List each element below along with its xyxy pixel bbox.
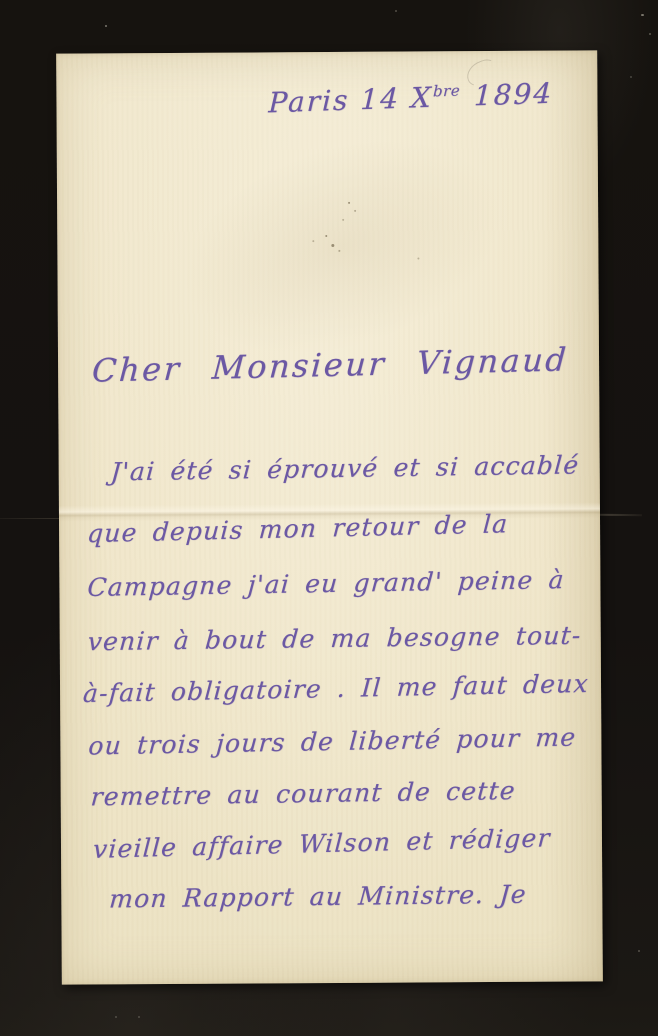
- dust-speck: [641, 14, 644, 16]
- ink-speck: [331, 244, 334, 247]
- body-line-5: à-fait obligatoire . Il me faut deux: [82, 669, 590, 708]
- dust-speck: [649, 33, 651, 35]
- backdrop-crease: [0, 518, 60, 519]
- dust-speck: [138, 1016, 140, 1018]
- body-line-7: remettre au courant de cette: [90, 776, 517, 811]
- body-line-1: J'ai été si éprouvé et si accablé: [110, 450, 581, 486]
- dateline-month-superscript: bre: [433, 81, 461, 100]
- ink-speck: [417, 257, 419, 259]
- ink-speck: [312, 240, 314, 242]
- ink-speck: [348, 202, 350, 204]
- body-line-9: mon Rapport au Ministre. Je: [108, 880, 528, 914]
- body-line-8: vieille affaire Wilson et rédiger: [92, 823, 551, 864]
- ink-speck: [338, 250, 340, 252]
- backdrop-scratch: [596, 514, 642, 516]
- body-line-6: ou trois jours de liberté pour me: [87, 722, 577, 760]
- ink-speck: [354, 210, 356, 212]
- body-line-4: venir à bout de ma besogne tout-: [87, 621, 583, 656]
- ink-speck: [342, 219, 344, 221]
- dust-speck: [115, 1016, 117, 1018]
- dust-speck: [105, 25, 107, 27]
- salutation: Cher Monsieur Vignaud: [91, 340, 570, 389]
- letter-paper: Paris 14 Xbre1894 Cher Monsieur Vignaud …: [56, 50, 603, 984]
- dust-speck: [630, 76, 632, 78]
- dateline-year: 1894: [473, 77, 553, 113]
- dust-speck: [638, 950, 640, 952]
- photo: Paris 14 Xbre1894 Cher Monsieur Vignaud …: [0, 0, 658, 1036]
- dateline: Paris 14 Xbre1894: [268, 77, 554, 120]
- body-line-3: Campagne j'ai eu grand' peine à: [86, 565, 565, 602]
- dust-speck: [395, 10, 397, 12]
- ink-speck: [325, 235, 327, 237]
- dateline-place-day: Paris 14 X: [268, 81, 433, 120]
